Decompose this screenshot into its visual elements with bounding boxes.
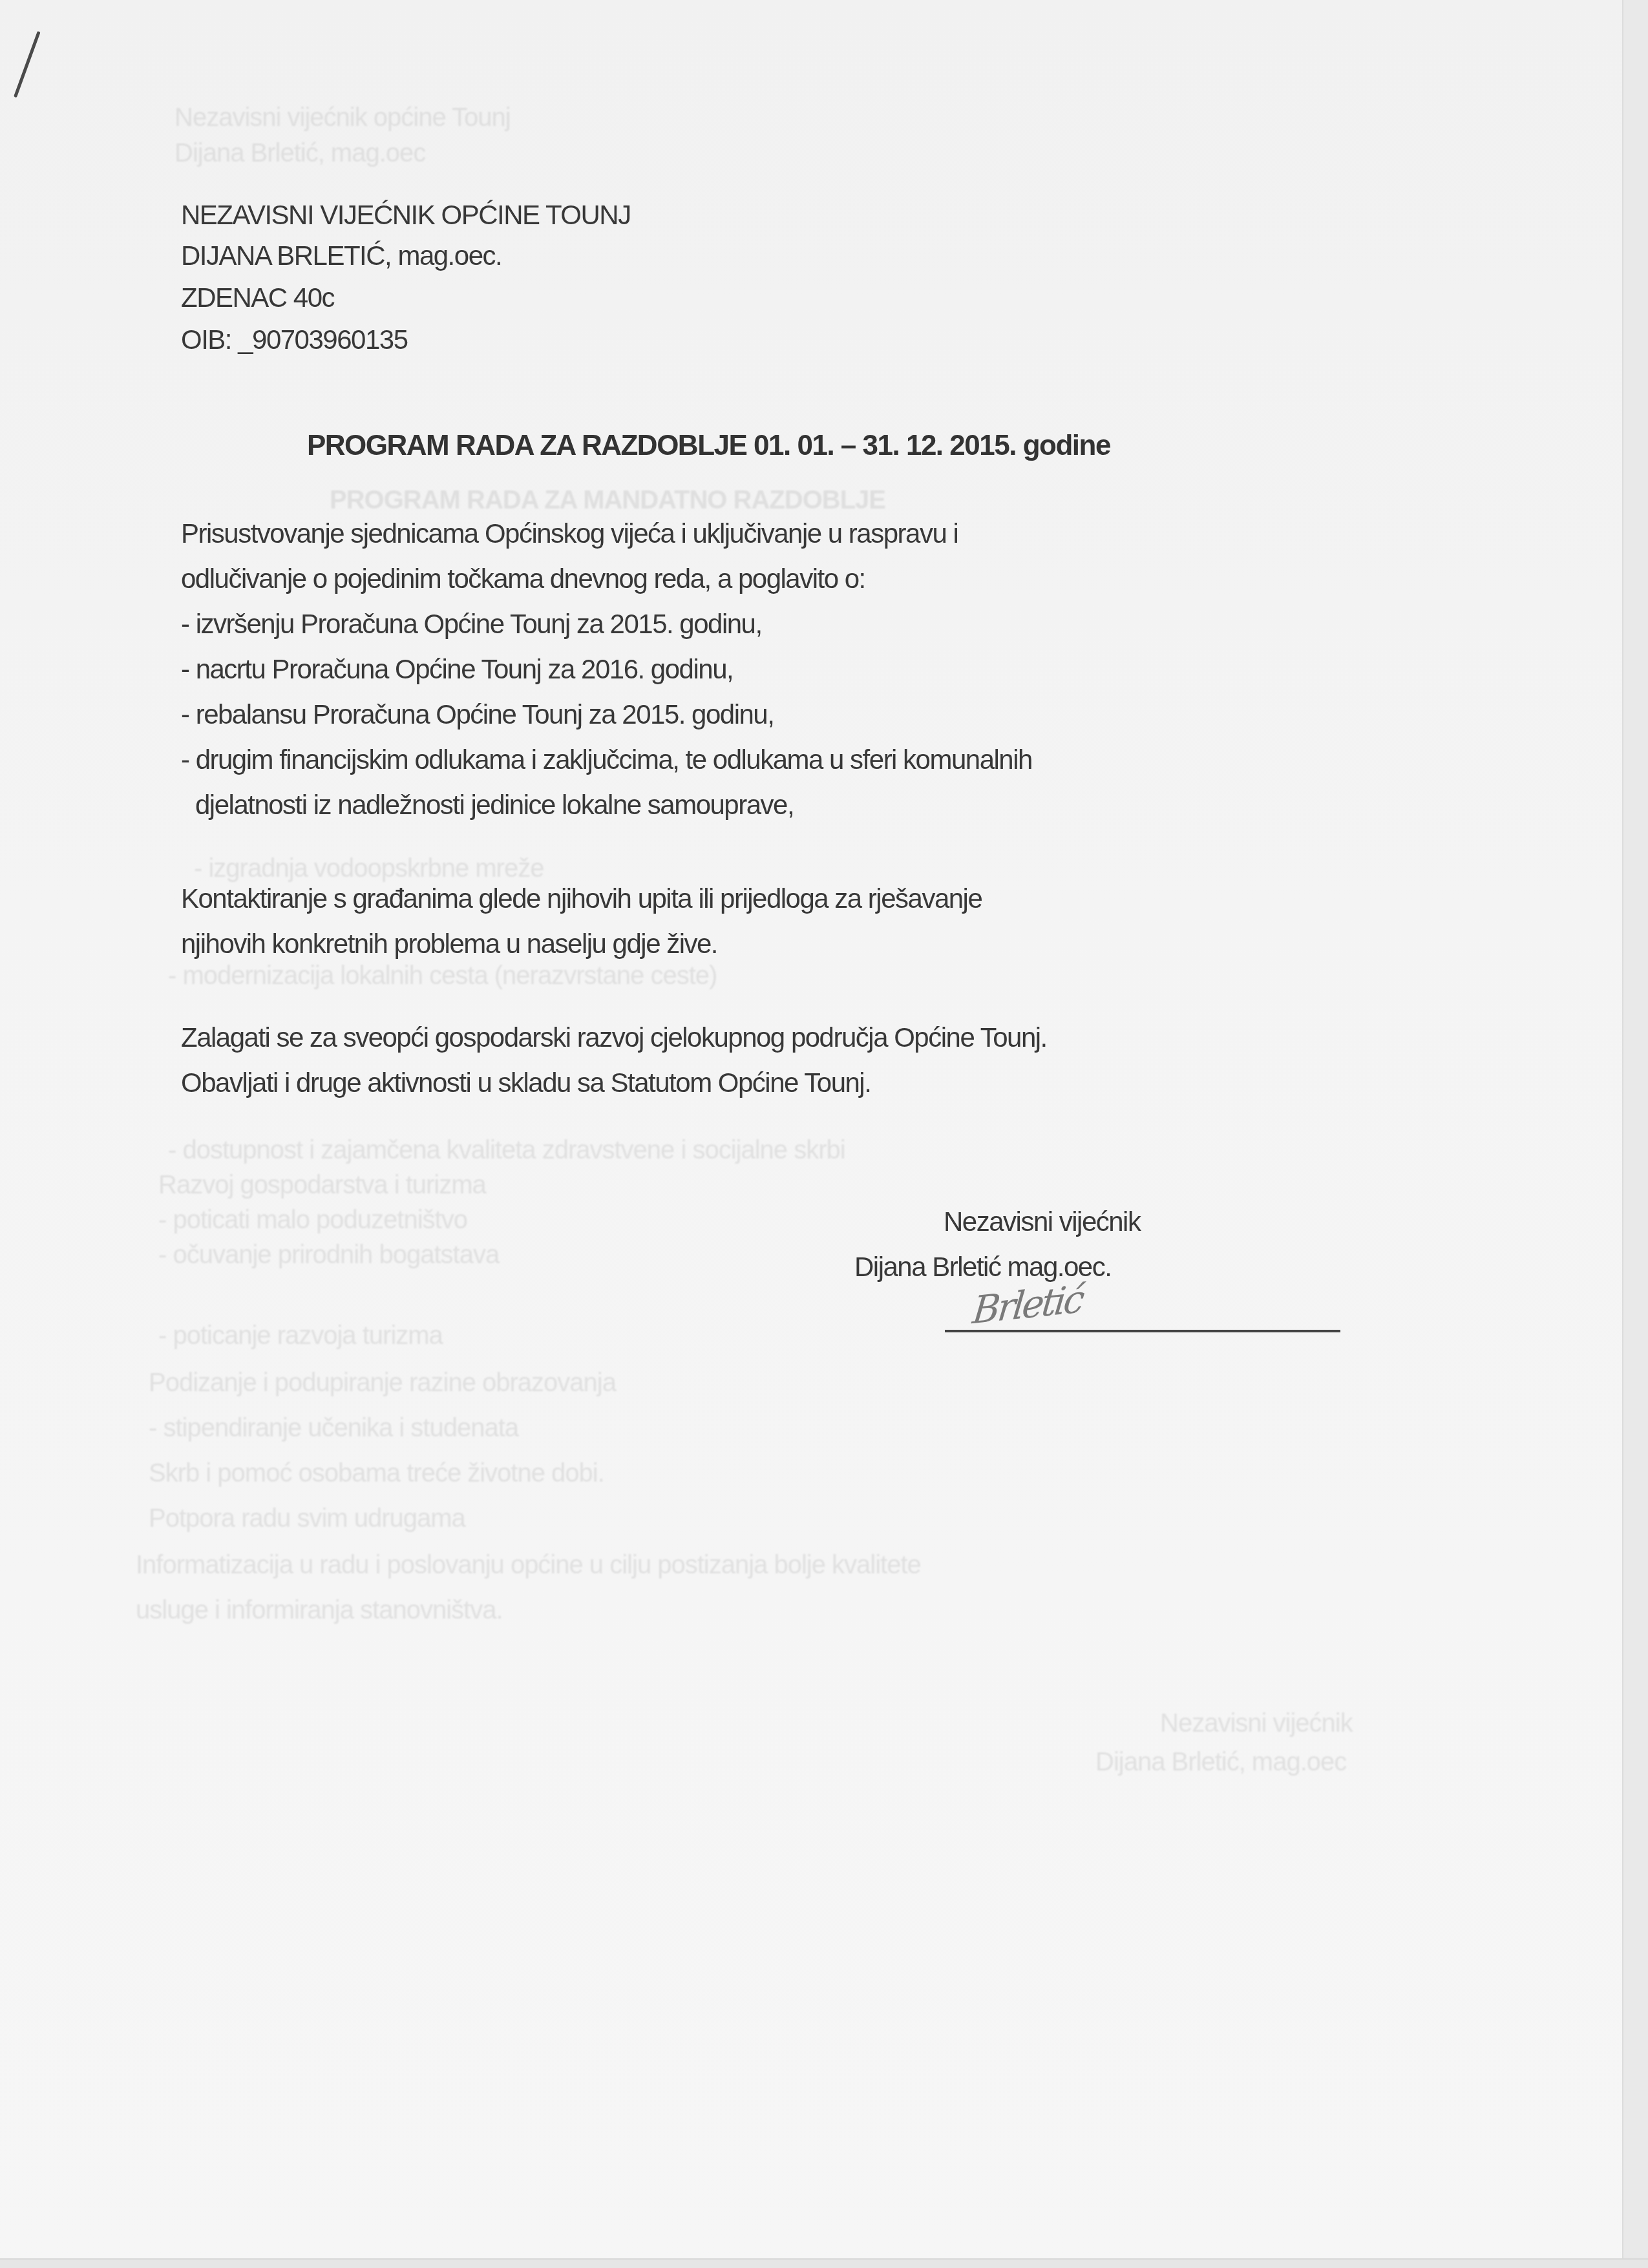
handwritten-signature: Brletić bbox=[971, 1277, 1084, 1333]
bleed-through-text: Skrb i pomoć osobama treće životne dobi. bbox=[149, 1459, 604, 1488]
bleed-through-text: - poticanje razvoja turizma bbox=[158, 1321, 443, 1350]
paragraph-line: Obavljati i druge aktivnosti u skladu sa… bbox=[181, 1069, 871, 1097]
list-item: - izvršenju Proračuna Općine Tounj za 20… bbox=[181, 611, 762, 638]
list-item-continuation: djelatnosti iz nadležnosti jedinice loka… bbox=[195, 792, 794, 819]
bleed-through-text: - stipendiranje učenika i studenata bbox=[149, 1414, 518, 1443]
bleed-through-text: - očuvanje prirodnih bogatstava bbox=[158, 1241, 499, 1270]
paragraph-line: Prisustvovanje sjednicama Općinskog vije… bbox=[181, 520, 958, 547]
bleed-through-text: Dijana Brletić, mag.oec bbox=[1095, 1748, 1346, 1777]
list-item: - drugim financijskim odlukama i zaključ… bbox=[181, 746, 1032, 773]
scanner-edge-bottom bbox=[0, 2258, 1648, 2268]
scanned-page: Nezavisni vijećnik općine Tounj Dijana B… bbox=[0, 0, 1622, 2258]
bleed-through-text: Nezavisni vijećnik općine Tounj bbox=[174, 103, 511, 132]
bleed-through-text: - dostupnost i zajamčena kvaliteta zdrav… bbox=[168, 1136, 845, 1165]
signature-title: Nezavisni vijećnik bbox=[944, 1208, 1140, 1235]
bleed-through-text: Razvoj gospodarstva i turizma bbox=[158, 1171, 486, 1200]
signature-name: Dijana Brletić mag.oec. bbox=[854, 1254, 1111, 1281]
paragraph-line: Zalagati se za sveopći gospodarski razvo… bbox=[181, 1024, 1047, 1051]
bleed-through-text: PROGRAM RADA ZA MANDATNO RAZDOBLJE bbox=[330, 486, 885, 515]
list-item: - nacrtu Proračuna Općine Tounj za 2016.… bbox=[181, 656, 733, 683]
bleed-through-text: Potpora radu svim udrugama bbox=[149, 1504, 465, 1533]
bleed-through-text: Podizanje i podupiranje razine obrazovan… bbox=[149, 1369, 616, 1398]
signature-line bbox=[945, 1330, 1340, 1332]
bleed-through-text: Nezavisni vijećnik bbox=[1160, 1709, 1353, 1738]
document-title: PROGRAM RADA ZA RAZDOBLJE 01. 01. – 31. … bbox=[307, 430, 1110, 462]
paragraph-line: njihovih konkretnih problema u naselju g… bbox=[181, 930, 717, 958]
bleed-through-text: - izgradnja vodoopskrbne mreže bbox=[194, 854, 544, 883]
bleed-through-text: Dijana Brletić, mag.oec bbox=[174, 139, 425, 168]
bleed-through-text: usluge i informiranja stanovništva. bbox=[136, 1596, 503, 1625]
pen-mark bbox=[14, 31, 41, 98]
list-item: - rebalansu Proračuna Općine Tounj za 20… bbox=[181, 701, 774, 728]
scanner-edge-right bbox=[1622, 0, 1648, 2268]
bleed-through-text: - modernizacija lokalnih cesta (nerazvrs… bbox=[168, 961, 717, 991]
header-name: DIJANA BRLETIĆ, mag.oec. bbox=[181, 242, 502, 269]
header-address: ZDENAC 40c bbox=[181, 284, 334, 311]
header-office: NEZAVISNI VIJEĆNIK OPĆINE TOUNJ bbox=[181, 202, 631, 229]
paragraph-line: Kontaktiranje s građanima glede njihovih… bbox=[181, 885, 982, 912]
header-oib: OIB: _90703960135 bbox=[181, 326, 408, 353]
bleed-through-text: Informatizacija u radu i poslovanju opći… bbox=[136, 1551, 921, 1580]
paragraph-line: odlučivanje o pojedinim točkama dnevnog … bbox=[181, 565, 865, 593]
bleed-through-text: - poticati malo poduzetništvo bbox=[158, 1206, 467, 1235]
